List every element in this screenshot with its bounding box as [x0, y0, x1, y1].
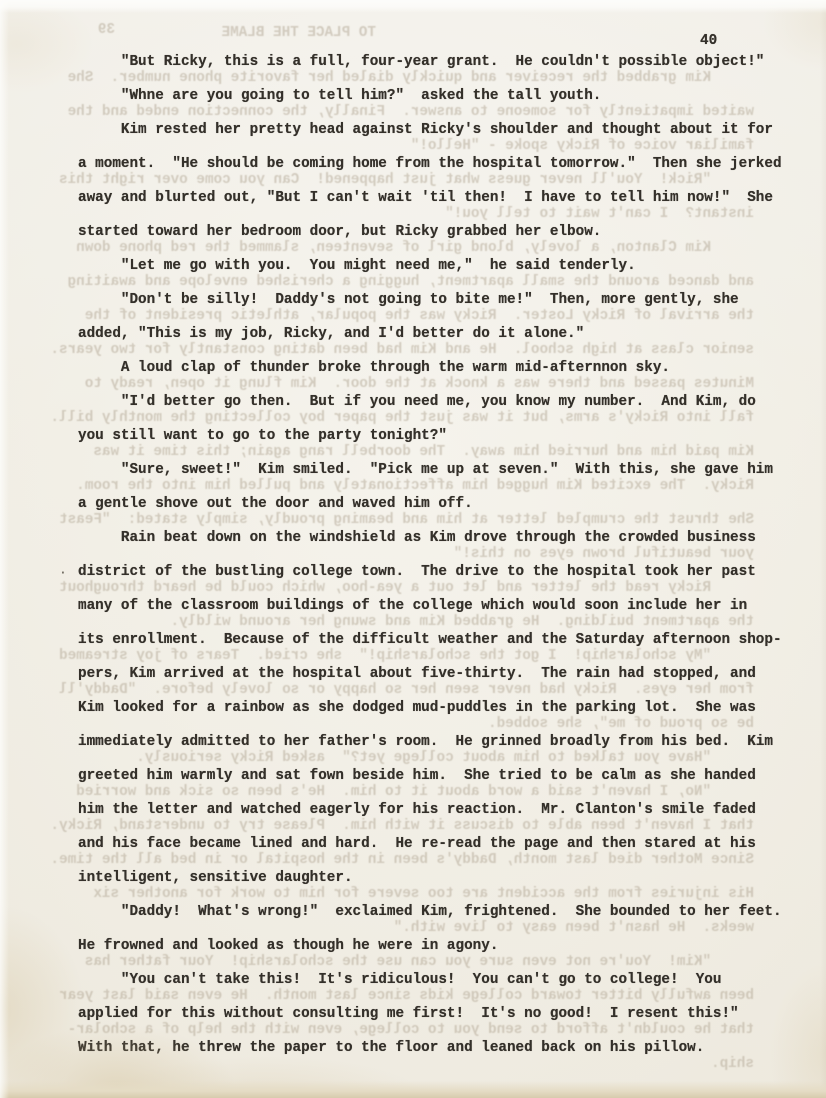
text-line: you still want to go to the party tonigh… [78, 419, 794, 453]
text-line: "But Ricky, this is a full, four-year gr… [78, 45, 794, 79]
text-line: greeted him warmly and sat fown beside h… [78, 759, 794, 793]
text-line: "Whne are you going to tell him?" asked … [78, 79, 794, 113]
text-line: added, "This is my job, Ricky, and I'd b… [78, 317, 794, 351]
text-line: Kim looked for a rainbow as she dodged m… [78, 691, 794, 725]
text-line: Rain beat down on the windshield as Kim … [78, 521, 794, 555]
text-line: a gentle shove out the door and waved hi… [78, 487, 794, 521]
scanned-manuscript-page: TO PLACE THE BLAME 39 Kim grabbed the re… [0, 0, 826, 1098]
text-line: With that, he threw the paper to the flo… [78, 1031, 794, 1065]
text-line: "Let me go with you. You might need me,"… [78, 249, 794, 283]
text-line: started toward her bedroom door, but Ric… [78, 215, 794, 249]
bleedthrough-book-title: TO PLACE THE BLAME [222, 24, 376, 42]
text-line: many of the classroom buildings of the c… [78, 589, 794, 623]
text-line: pers, Kim arrived at the hospital about … [78, 657, 794, 691]
text-line: a moment. "He should be coming home from… [78, 147, 794, 181]
text-line: "You can't take this! It's ridiculous! Y… [78, 963, 794, 997]
text-line: district of the bustling college town. T… [78, 555, 794, 589]
text-line: applied for this without consulting me f… [78, 997, 794, 1031]
text-line: "Don't be silly! Daddy's not going to bi… [78, 283, 794, 317]
text-line: intelligent, sensitive daughter. [78, 861, 794, 895]
text-line: immediately admitted to her father's roo… [78, 725, 794, 759]
text-line: Kim rested her pretty head against Ricky… [78, 113, 794, 147]
text-line: "I'd better go then. But if you need me,… [78, 385, 794, 419]
text-line: He frowned and looked as though he were … [78, 929, 794, 963]
text-line: and his face became lined and hard. He r… [78, 827, 794, 861]
stray-ink-mark: · [59, 566, 67, 579]
text-line: "Daddy! What's wrong!" exclaimed Kim, fr… [78, 895, 794, 929]
text-line: "Sure, sweet!" Kim smiled. "Pick me up a… [78, 453, 794, 487]
text-line: A loud clap of thunder broke through the… [78, 351, 794, 385]
body-text: "But Ricky, this is a full, four-year gr… [78, 45, 794, 1065]
text-line: away and blurted out, "But I can't wait … [78, 181, 794, 215]
text-line: its enrollment. Because of the difficult… [78, 623, 794, 657]
text-line: him the letter and watched eagerly for h… [78, 793, 794, 827]
bleedthrough-page-number: 39 [98, 21, 115, 39]
